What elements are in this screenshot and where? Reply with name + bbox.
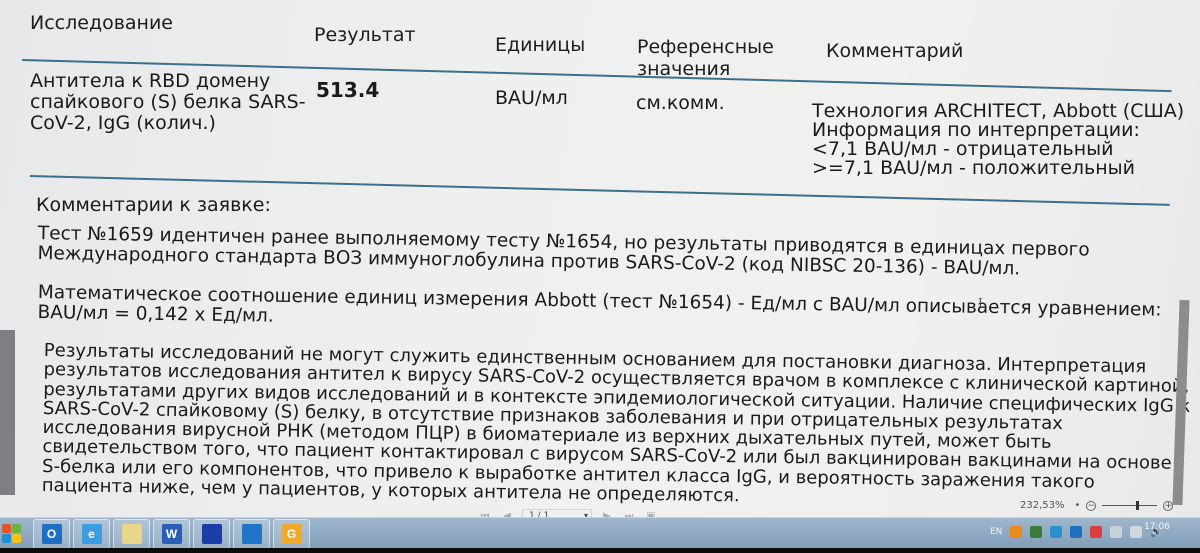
taskbar-app-blue-figure-button[interactable]: [193, 519, 230, 549]
outlook-icon: O: [42, 524, 62, 544]
study-name-line: Антитела к RBD домену: [30, 71, 306, 92]
comment-line: >=7,1 BAU/мл - положительный: [812, 159, 1184, 178]
header-result: Результат: [314, 24, 416, 46]
system-tray: EN 🔈: [990, 526, 1163, 538]
taskbar-app-blue-grid-button[interactable]: [233, 519, 270, 549]
taskbar-word-button[interactable]: W: [153, 519, 190, 549]
study-name-line: CoV-2, IgG (колич.): [30, 113, 306, 134]
windows-logo-icon: [2, 534, 11, 543]
comment-paragraph-2: Математическое соотношение единиц измере…: [37, 283, 1161, 341]
word-icon: W: [162, 524, 182, 544]
network-icon[interactable]: [1130, 526, 1142, 538]
taskbar-file-explorer-button[interactable]: [113, 519, 150, 549]
windows-logo-icon: [12, 524, 21, 533]
zoom-slider[interactable]: [1102, 505, 1157, 506]
lab-report-viewer: Исследование Результат Единицы Референсн…: [0, 0, 1200, 517]
app-orange-doc-icon: G: [282, 524, 302, 544]
header-study: Исследование: [30, 12, 173, 34]
tray-app-icon[interactable]: [1050, 526, 1062, 538]
language-indicator[interactable]: EN: [990, 527, 1002, 537]
zoom-level: 232,53%: [1020, 500, 1065, 511]
text-cursor-icon: I: [978, 296, 983, 310]
start-button[interactable]: [0, 520, 26, 548]
tray-app-icon[interactable]: [1110, 526, 1122, 538]
header-reference: Референсные значения: [637, 36, 774, 80]
zoom-control: 232,53% • − +: [1020, 500, 1173, 511]
comment-value: Технология ARCHITECT, Abbott (США) Инфор…: [812, 102, 1184, 178]
internet-explorer-icon: e: [82, 524, 102, 544]
zoom-dot-icon: •: [1075, 500, 1081, 511]
zoom-out-button[interactable]: −: [1086, 501, 1096, 511]
reference-value: см.комм.: [636, 93, 725, 114]
taskbar-app-orange-doc-button[interactable]: G: [273, 519, 310, 549]
study-name: Антитела к RBD домену спайкового (S) бел…: [30, 71, 306, 134]
study-name-line: спайкового (S) белка SARS-: [30, 92, 306, 113]
windows-logo-icon: [12, 534, 21, 543]
clock[interactable]: 17:06: [1144, 522, 1170, 532]
header-reference-line1: Референсные: [637, 36, 774, 58]
zoom-in-button[interactable]: +: [1163, 501, 1173, 511]
file-explorer-icon: [122, 524, 142, 544]
result-value: 513.4: [316, 80, 379, 101]
page-selector[interactable]: 1 / 1: [522, 509, 592, 517]
comment-paragraph-1: Тест №1659 идентичен ранее выполняемому …: [37, 224, 1089, 281]
screen-bezel: [0, 548, 1200, 553]
zoom-slider-thumb[interactable]: [1136, 501, 1139, 510]
units-value: BAU/мл: [495, 88, 568, 109]
comment-paragraph-3: Результаты исследований не могут служить…: [42, 341, 1191, 512]
page-navigation: ⏮ ◀ 1 / 1 ▶ ⏭ ▣: [478, 507, 658, 517]
order-comments-title: Комментарии к заявке:: [36, 194, 271, 216]
app-blue-grid-icon: [242, 524, 262, 544]
left-scroll-gutter: [0, 330, 15, 495]
windows-logo-icon: [2, 524, 11, 533]
app-blue-figure-icon: [202, 524, 222, 544]
tray-app-icon[interactable]: [1010, 526, 1022, 538]
taskbar-internet-explorer-button[interactable]: e: [73, 519, 110, 549]
outlook-tray-icon[interactable]: [1070, 526, 1082, 538]
header-units: Единицы: [495, 34, 585, 56]
tray-app-icon[interactable]: [1030, 526, 1042, 538]
taskbar-outlook-button[interactable]: O: [33, 519, 70, 549]
header-comment: Комментарий: [826, 40, 963, 62]
tray-app-icon[interactable]: [1090, 526, 1102, 538]
